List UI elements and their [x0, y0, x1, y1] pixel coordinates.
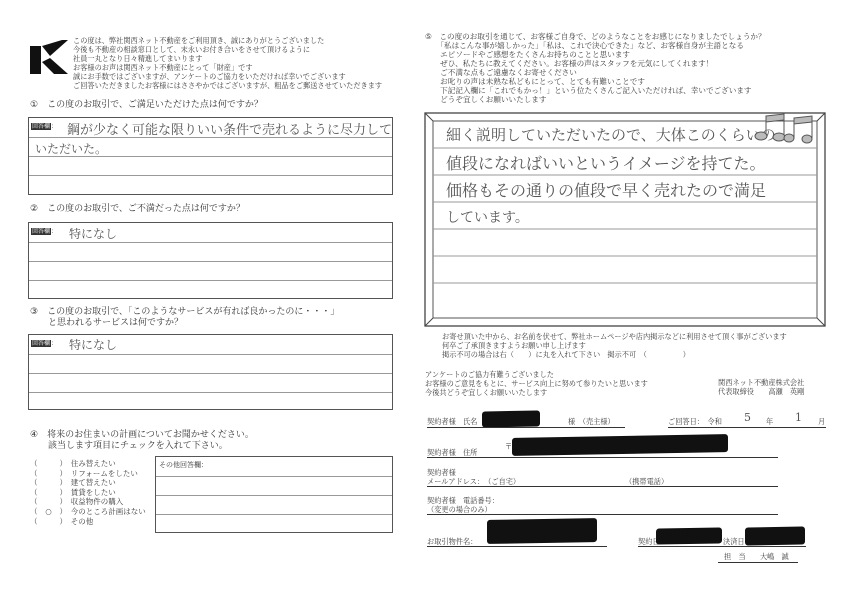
plan-option[interactable]: （） 建て替えたい [30, 478, 146, 488]
answer-text: 価格もその通りの値段で早く売れたので満足 [446, 178, 766, 201]
redacted-name [482, 410, 540, 427]
answer-text: 値段になればいいというイメージを持てた。 [446, 151, 766, 174]
redacted-address [512, 434, 728, 456]
other-answer-box[interactable]: その他回答欄： [155, 456, 393, 533]
plan-option[interactable]: （） 収益物件の購入 [30, 497, 146, 507]
music-notes-icon [754, 112, 816, 146]
answer-date-label: ご回答日： 令和 [668, 417, 722, 426]
question-1-answer-box[interactable]: 回答欄： 鋼が少なく可能な限りいい条件で売れるように尽力して いただいた。 [28, 117, 393, 195]
answer-date-year[interactable]: 5 [744, 411, 751, 424]
intro-line: お客様のお声は関西ネット不動産にとって「財産」です [73, 63, 382, 72]
answer-date-month[interactable]: 1 [795, 411, 802, 424]
intro-line: 社員一丸となり日々精進してまいります [73, 54, 382, 63]
other-answer-label: その他回答欄： [159, 460, 208, 470]
intro-text: この度は、弊社関西ネット不動産をご利用頂き、誠にありがとうございました 今後も不… [73, 36, 382, 90]
plan-option[interactable]: （） リフォームをしたい [30, 469, 146, 479]
question-4-title: ④ 将来のお住まいの計画についてお聞かせください。 該当します項目にチェックを入… [30, 430, 254, 452]
name-label: 契約者様 氏名 [427, 417, 477, 426]
month-unit: 月 [818, 417, 825, 426]
question-1-title: ① この度のお取引で、ご満足いただけた点は何ですか？ [30, 100, 263, 111]
plan-option-selected[interactable]: （○） 今のところ計画はない [30, 507, 146, 517]
question-2-answer-box[interactable]: 回答欄： 特になし [28, 222, 393, 299]
redacted-property [487, 518, 597, 544]
email-label: 契約者様 メールアドレス： （ご自宅） [427, 468, 520, 486]
question-5-title: ⑤ この度のお取引を通じて、お客様ご自身で、どのようなことをお感じになりましたで… [425, 32, 766, 104]
answer-text: しています。 [446, 207, 529, 227]
question-3-answer-box[interactable]: 回答欄： 特になし [28, 334, 393, 410]
answer-text: 特になし [69, 336, 117, 353]
plan-options: （） 住み替えたい （） リフォームをしたい （） 建て替えたい （） 賃貸をし… [30, 459, 146, 526]
settlement-date-label: 決済日 [723, 537, 745, 546]
redacted-settlement-date [745, 526, 805, 545]
property-label: お取引物件名： [427, 537, 477, 546]
answer-text: 細く説明していただいたので、大体このくらいの [446, 124, 776, 145]
intro-line: 今後も不動産の相談窓口として、末永いお付き合いをさせて頂けるように [73, 45, 382, 54]
answer-text: 鋼が少なく可能な限りいい条件で売れるように尽力して [67, 119, 392, 138]
plan-option[interactable]: （） 賃貸をしたい [30, 488, 146, 498]
answer-label: 回答欄： [31, 121, 58, 130]
intro-line: この度は、弊社関西ネット不動産をご利用頂き、誠にありがとうございました [73, 36, 382, 45]
answer-label: 回答欄： [31, 226, 58, 235]
thanks-text: アンケートのご協力有難うございました お客様のご意見をもとに、サービス向上に努め… [425, 370, 648, 397]
redacted-contract-date [656, 527, 722, 544]
year-unit: 年 [766, 417, 773, 426]
question-5-answer-box[interactable]: 細く説明していただいたので、大体このくらいの 値段になればいいというイメージを持… [424, 112, 826, 327]
name-suffix: 様 （売主様） [568, 417, 615, 426]
intro-line: 誠にお手数ではございますが、アンケートのご協力をいただければ幸いでございます [73, 72, 382, 81]
intro-line: ご回答いただきましたお客様にはささやかではございますが、粗品をご郵送させていただ… [73, 81, 382, 90]
publication-consent: お寄せ頂いた中から、お名前を伏せて、弊社ホームページや店内掲示などに利用させて頂… [442, 332, 787, 359]
answer-text: いただいた。 [35, 140, 107, 157]
answer-label: 回答欄： [31, 338, 58, 347]
company-signature: 関西ネット不動産株式会社 代表取締役 高瀬 英剛 [718, 378, 804, 396]
phone-label: 契約者様 電話番号： （変更の場合のみ） [427, 496, 499, 514]
address-label: 契約者様 住所 [427, 448, 477, 457]
question-2-title: ② この度のお取引で、ご不満だった点は何ですか？ [30, 204, 245, 215]
plan-option[interactable]: （） 住み替えたい [30, 459, 146, 469]
plan-option[interactable]: （） その他 [30, 517, 146, 527]
staff-name: 担 当 大嶋 誠 [724, 552, 789, 561]
k-logo-icon [30, 40, 68, 74]
company-logo [30, 40, 68, 74]
answer-text: 特になし [69, 225, 117, 242]
question-3-title: ③ この度のお取引で、「このようなサービスが有れば良かったのに・・・」 と思われ… [30, 307, 339, 329]
mobile-label: （携帯電話） [625, 477, 668, 486]
no-publish-checkbox[interactable]: 掲示不可の場合は右（ ）に丸を入れて下さい 掲示不可 （ ） [442, 350, 787, 359]
